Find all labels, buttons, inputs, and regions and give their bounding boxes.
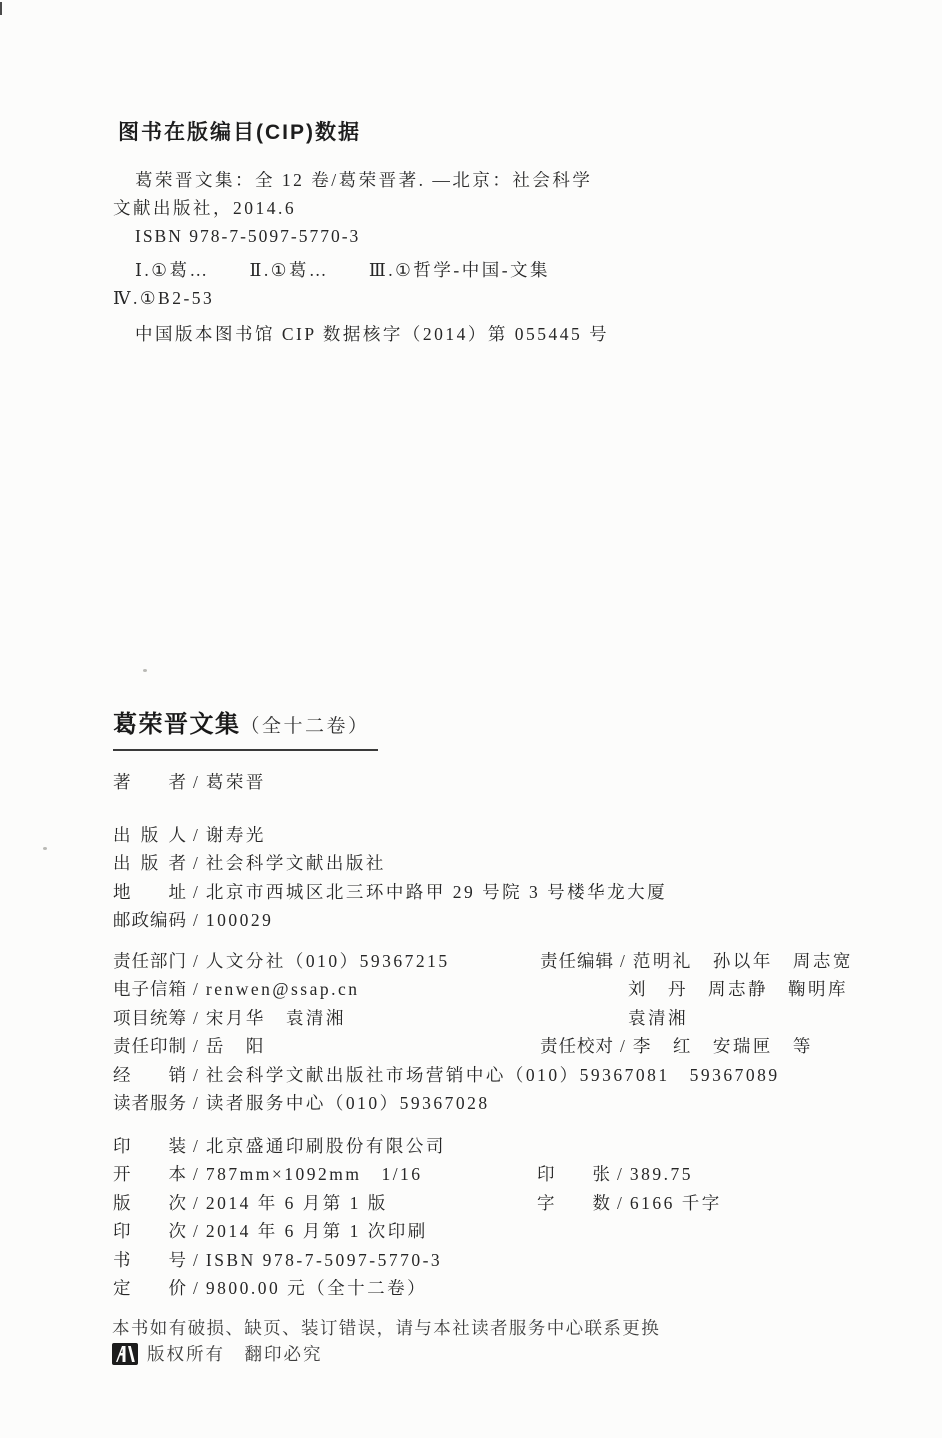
- row-separator: /: [193, 772, 198, 792]
- printing-row: 开本/787mm×1092mm 1/16: [113, 1160, 853, 1188]
- row-label: 印次: [113, 1217, 186, 1245]
- row-label: 定价: [113, 1274, 186, 1302]
- cip-isbn-line: ISBN 978-7-5097-5770-3: [135, 222, 609, 250]
- row-label: 版次: [113, 1189, 186, 1217]
- row-value: renwen@ssap.cn: [206, 979, 360, 999]
- publisher-row: 出版者/社会科学文献出版社: [113, 849, 667, 877]
- row-separator: /: [617, 1164, 622, 1184]
- printing-row: 印装/北京盛通印刷股份有限公司: [113, 1132, 853, 1160]
- row-value: 岳 阳: [206, 1036, 266, 1056]
- row-value: 9800.00 元（全十二卷）: [206, 1278, 427, 1298]
- staff-right-column: 责任编辑/范明礼 孙以年 周志宽 刘 丹 周志静 鞠明库 袁清湘 责任校对/李 …: [540, 947, 853, 1061]
- row-value: 范明礼 孙以年 周志宽: [633, 951, 853, 971]
- row-label: 出版者: [113, 849, 186, 877]
- row-value: 宋月华 袁清湘: [206, 1008, 346, 1028]
- row-separator: /: [193, 910, 198, 930]
- row-value: 2014 年 6 月第 1 版: [206, 1193, 388, 1213]
- staff-row-continuation: 刘 丹 周志静 鞠明库: [540, 975, 853, 1003]
- book-copyright-page: 图书在版编目(CIP)数据 葛荣晋文集：全 12 卷/葛荣晋著. —北京：社会科…: [0, 0, 942, 1438]
- row-separator: /: [193, 853, 198, 873]
- row-separator: /: [193, 1093, 198, 1113]
- row-label: 责任部门: [113, 947, 186, 975]
- cip-classification-line2: Ⅳ.①B2-53: [113, 284, 609, 312]
- cip-bib-line1: 葛荣晋文集：全 12 卷/葛荣晋著. —北京：社会科学: [135, 166, 609, 194]
- row-value: 社会科学文献出版社: [206, 853, 386, 873]
- staff-row: 责任编辑/范明礼 孙以年 周志宽: [540, 947, 853, 975]
- row-separator: /: [617, 1193, 622, 1213]
- book-title-volumes: （全十二卷）: [241, 716, 370, 737]
- printing-row: 版次/2014 年 6 月第 1 版: [113, 1189, 853, 1217]
- row-value: 李 红 安瑞匣 等: [633, 1036, 813, 1056]
- row-value: 6166 千字: [630, 1193, 722, 1213]
- title-underline: 葛荣晋文集（全十二卷）: [113, 704, 378, 751]
- cip-bib-line2: 文献出版社，2014.6: [113, 194, 609, 222]
- anti-piracy-logo-icon: [112, 1343, 138, 1365]
- row-value: 787mm×1092mm 1/16: [206, 1164, 423, 1184]
- printing-row: 定价/9800.00 元（全十二卷）: [113, 1274, 853, 1302]
- row-separator: /: [193, 1036, 198, 1056]
- staff-row: 责任校对/李 红 安瑞匣 等: [540, 1032, 853, 1060]
- title-block: 葛荣晋文集（全十二卷）: [113, 704, 378, 751]
- row-separator: /: [193, 1136, 198, 1156]
- row-separator: /: [193, 1164, 198, 1184]
- row-value: 读者服务中心（010）59367028: [206, 1093, 490, 1113]
- printing-block: 印装/北京盛通印刷股份有限公司 开本/787mm×1092mm 1/16 版次/…: [113, 1132, 853, 1302]
- row-value: 人文分社（010）59367215: [206, 951, 450, 971]
- publisher-row: 出版人/谢寿光: [113, 821, 667, 849]
- row-value: 刘 丹 周志静 鞠明库: [628, 979, 848, 999]
- row-value: 100029: [206, 910, 274, 930]
- row-value: 北京市西城区北三环中路甲 29 号院 3 号楼华龙大厦: [206, 882, 667, 902]
- author-row: 著者/葛荣晋: [113, 768, 266, 796]
- scan-edge-artifact: [0, 2, 2, 15]
- copyright-text: 版权所有 翻印必究: [147, 1341, 323, 1366]
- row-label: 责任印制: [113, 1032, 186, 1060]
- publisher-row: 地址/北京市西城区北三环中路甲 29 号院 3 号楼华龙大厦: [113, 878, 667, 906]
- copyright-line: 版权所有 翻印必究: [112, 1341, 323, 1366]
- printing-row: 字数/6166 千字: [537, 1189, 722, 1217]
- row-label: 印装: [113, 1132, 186, 1160]
- row-separator: /: [620, 1036, 625, 1056]
- scan-speck: [143, 669, 147, 672]
- row-label: 责任校对: [540, 1032, 613, 1060]
- cip-record-line: 中国版本图书馆 CIP 数据核字（2014）第 055445 号: [135, 320, 609, 348]
- row-label: 出版人: [113, 821, 186, 849]
- cip-heading: 图书在版编目(CIP)数据: [118, 120, 609, 146]
- row-value: 葛荣晋: [206, 772, 266, 792]
- row-separator: /: [620, 951, 625, 971]
- cip-classification-line1: Ⅰ.①葛… Ⅱ.①葛… Ⅲ.①哲学-中国-文集: [135, 256, 609, 284]
- printing-row: 印次/2014 年 6 月第 1 次印刷: [113, 1217, 853, 1245]
- scan-speck: [43, 847, 47, 850]
- row-separator: /: [193, 1278, 198, 1298]
- row-separator: /: [193, 1193, 198, 1213]
- row-separator: /: [193, 1065, 198, 1085]
- row-value: 袁清湘: [628, 1008, 688, 1028]
- staff-row: 经销/社会科学文献出版社市场营销中心（010）59367081 59367089: [113, 1061, 853, 1089]
- row-separator: /: [193, 1008, 198, 1028]
- row-value: 社会科学文献出版社市场营销中心（010）59367081 59367089: [206, 1065, 780, 1085]
- row-separator: /: [193, 951, 198, 971]
- row-label: 责任编辑: [540, 947, 613, 975]
- row-label: 地址: [113, 878, 186, 906]
- row-label: 开本: [113, 1160, 186, 1188]
- row-separator: /: [193, 825, 198, 845]
- row-separator: /: [193, 1250, 198, 1270]
- row-value: 389.75: [630, 1164, 693, 1184]
- printing-row: 书号/ISBN 978-7-5097-5770-3: [113, 1246, 853, 1274]
- row-label: 字数: [537, 1189, 610, 1217]
- book-title: 葛荣晋文集: [113, 711, 241, 738]
- row-value: 2014 年 6 月第 1 次印刷: [206, 1221, 428, 1241]
- row-label: 项目统筹: [113, 1004, 186, 1032]
- publisher-block: 出版人/谢寿光 出版者/社会科学文献出版社 地址/北京市西城区北三环中路甲 29…: [113, 821, 667, 935]
- row-separator: /: [193, 979, 198, 999]
- row-label: 电子信箱: [113, 975, 186, 1003]
- row-label: 印张: [537, 1160, 610, 1188]
- row-label: 书号: [113, 1246, 186, 1274]
- row-value: 谢寿光: [206, 825, 266, 845]
- cip-block: 图书在版编目(CIP)数据 葛荣晋文集：全 12 卷/葛荣晋著. —北京：社会科…: [0, 120, 609, 348]
- row-label: 读者服务: [113, 1089, 186, 1117]
- printing-row: 印张/389.75: [537, 1160, 722, 1188]
- damage-replacement-notice: 本书如有破损、缺页、装订错误，请与本社读者服务中心联系更换: [112, 1315, 660, 1340]
- staff-row: 读者服务/读者服务中心（010）59367028: [113, 1089, 853, 1117]
- row-label: 著者: [113, 768, 186, 796]
- row-label: 经销: [113, 1061, 186, 1089]
- staff-block: 责任部门/人文分社（010）59367215 电子信箱/renwen@ssap.…: [113, 947, 853, 1117]
- printing-right-column: 印张/389.75 字数/6166 千字: [537, 1160, 722, 1217]
- row-separator: /: [193, 1221, 198, 1241]
- row-separator: /: [193, 882, 198, 902]
- publisher-row: 邮政编码/100029: [113, 906, 667, 934]
- row-value: ISBN 978-7-5097-5770-3: [206, 1250, 442, 1270]
- row-label: 邮政编码: [113, 906, 186, 934]
- staff-row-continuation: 袁清湘: [540, 1004, 853, 1032]
- row-value: 北京盛通印刷股份有限公司: [206, 1136, 446, 1156]
